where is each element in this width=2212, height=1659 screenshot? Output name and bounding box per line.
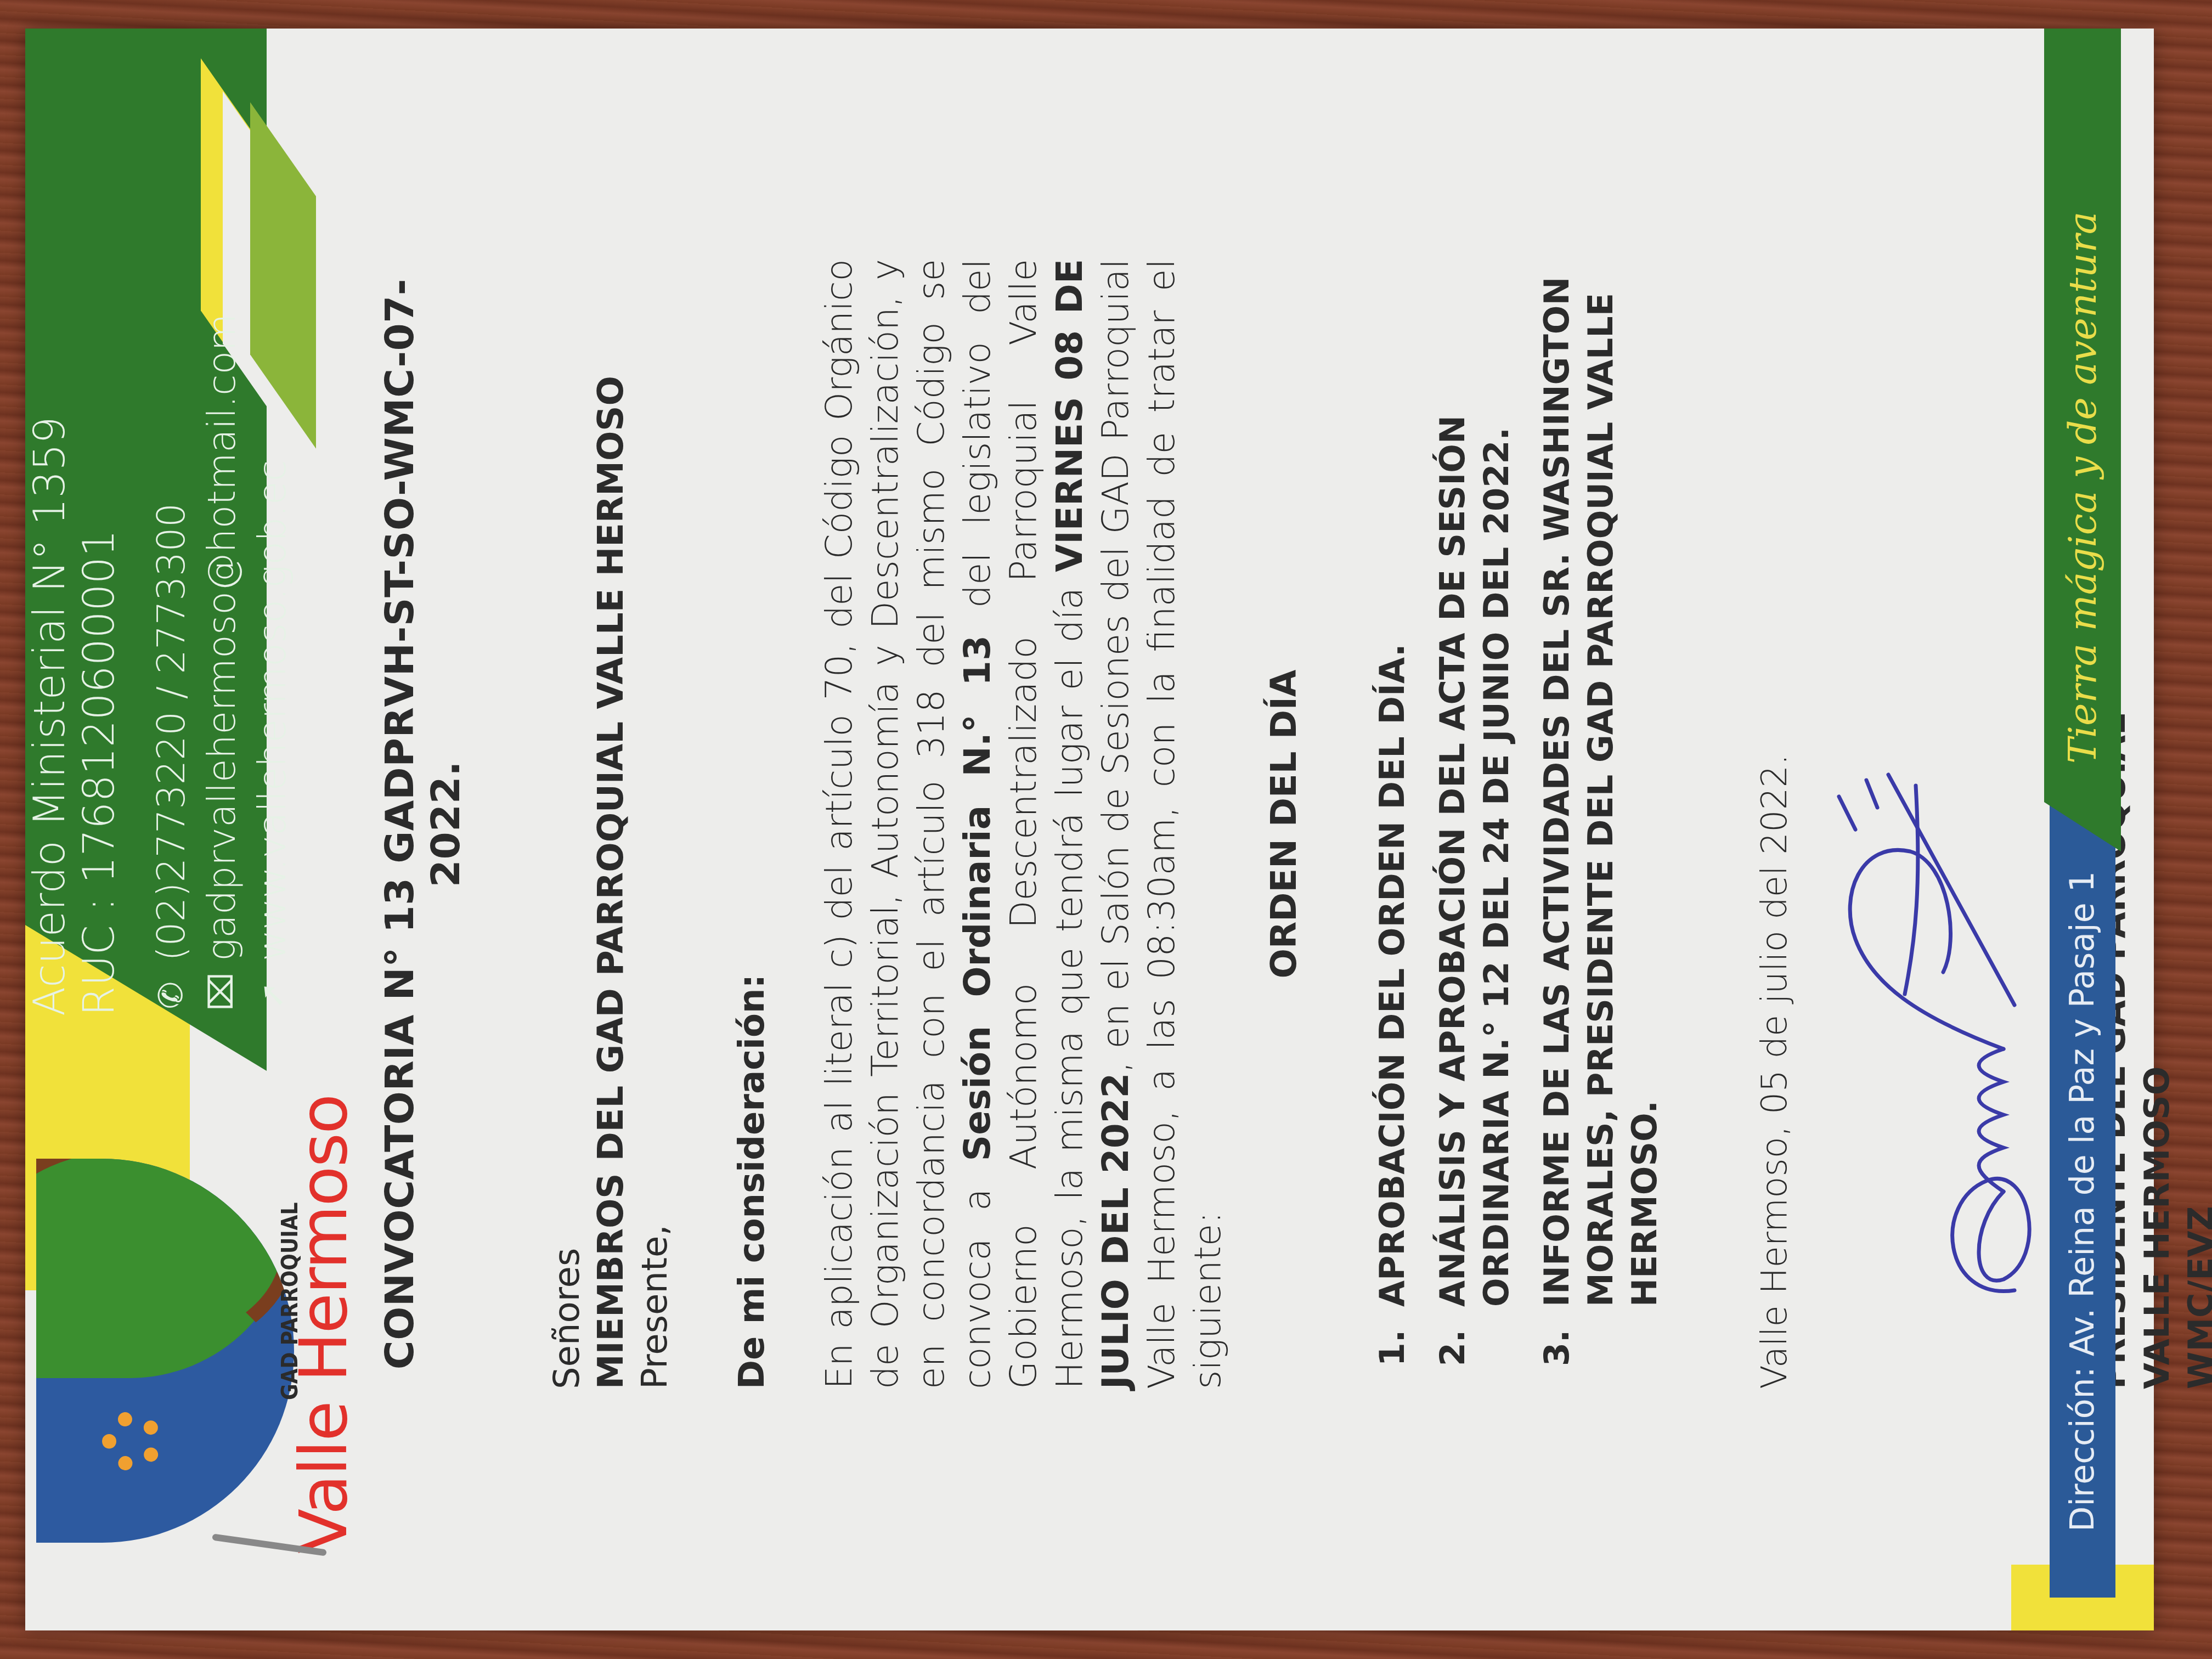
envelope-icon: ⌧	[196, 980, 247, 1011]
address-text: Dirección: Av. Reina de la Paz y Pasaje …	[2063, 871, 2102, 1532]
addressee-block: Señores MIEMBROS DEL GAD PARROQUIAL VALL…	[545, 259, 677, 1389]
phone-icon: ✆	[146, 980, 196, 1011]
letter-page: Acuerdo Ministerial N° 1359 RUC : 176812…	[25, 29, 2154, 1630]
recipient: MIEMBROS DEL GAD PARROQUIAL VALLE HERMOS…	[589, 259, 633, 1389]
ruc-number: RUC : 1768120600001	[75, 314, 124, 1017]
reference-initials: WMC/EVZ	[2179, 259, 2212, 1389]
sun-icon	[102, 1411, 162, 1471]
contact-website: ➚ www.vallehermoso.gob.ec	[247, 314, 297, 1011]
logo: GAD PARROQUIAL Valle Hermoso	[36, 1082, 343, 1565]
contact-phone: ✆ (02)2773220 / 2773300	[146, 314, 196, 1011]
contact-email: ⌧ gadprvallehermoso@hotmail.com	[196, 314, 247, 1011]
agenda-title: ORDEN DEL DÍA	[1264, 259, 1305, 1389]
greeting: De mi consideración:	[732, 259, 772, 1389]
phone-text: (02)2773220 / 2773300	[146, 503, 196, 961]
agenda-item: INFORME DE LAS ACTIVIDADES DEL SR. WASHI…	[1535, 259, 1667, 1318]
place-date: Valle Hermoso, 05 de julio del 2022.	[1754, 259, 1795, 1389]
footer-slogan: Tierra mágica y de aventura	[2044, 29, 2121, 851]
footer: Dirección: Av. Reina de la Paz y Pasaje …	[1989, 29, 2154, 1630]
acuerdo-ministerial: Acuerdo Ministerial N° 1359	[25, 314, 75, 1017]
presente: Presente,	[633, 259, 677, 1389]
contact-block: Acuerdo Ministerial N° 1359 RUC : 176812…	[25, 314, 297, 1017]
body-paragraph: En aplicación al literal c) del artículo…	[816, 259, 1231, 1389]
logo-title: Valle Hermoso	[294, 1095, 354, 1554]
footer-address: Dirección: Av. Reina de la Paz y Pasaje …	[2050, 753, 2115, 1598]
agenda-list: APROBACIÓN DEL ORDEN DEL DÍA. ANÁLISIS Y…	[1370, 259, 1667, 1389]
logo-emblem	[36, 1159, 294, 1543]
website-link[interactable]: www.vallehermoso.gob.ec	[247, 460, 297, 961]
session-number: Sesión Ordinaria N.° 13	[956, 635, 998, 1161]
email-text[interactable]: gadprvallehermoso@hotmail.com	[196, 314, 247, 962]
bridge-icon	[36, 1159, 294, 1362]
salutation: Señores	[545, 259, 589, 1389]
document-title: CONVOCATORIA N° 13 GADPRVH-ST-SO-WMC-07-…	[376, 259, 469, 1389]
slogan-text: Tierra mágica y de aventura	[2060, 212, 2105, 764]
agenda-item: APROBACIÓN DEL ORDEN DEL DÍA.	[1370, 259, 1414, 1318]
agenda-item: ANÁLISIS Y APROBACIÓN DEL ACTA DE SESIÓN…	[1431, 259, 1519, 1318]
pointer-icon: ➚	[247, 980, 297, 1011]
letter-content: CONVOCATORIA N° 13 GADPRVH-ST-SO-WMC-07-…	[376, 259, 2212, 1389]
